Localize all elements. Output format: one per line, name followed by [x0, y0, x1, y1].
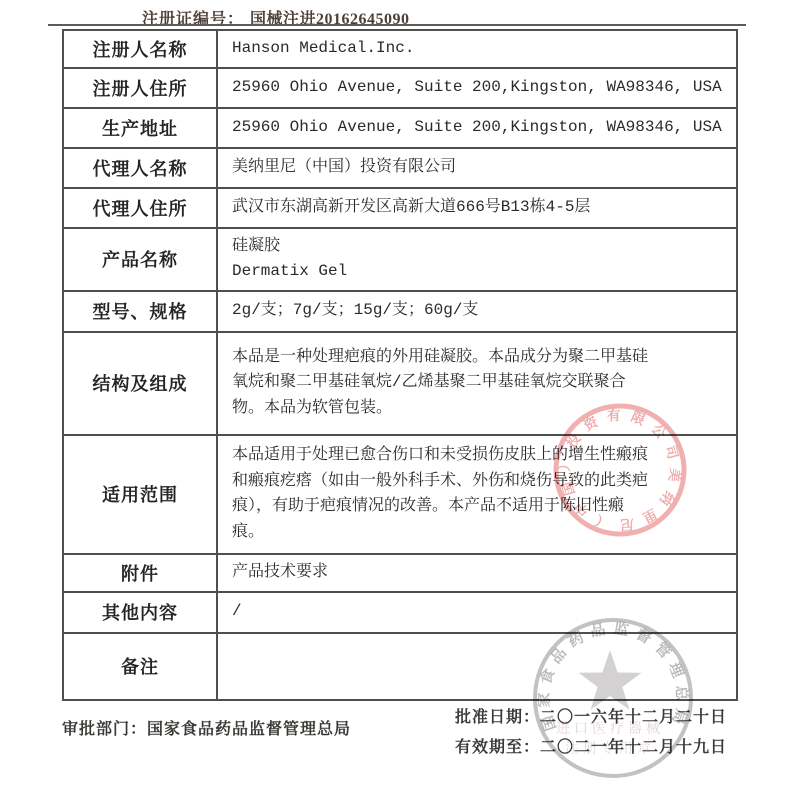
- table-row: 型号、规格 2g/支；7g/支；15g/支；60g/支: [63, 291, 737, 332]
- row-value: 本品是一种处理疤痕的外用硅凝胶。本品成分为聚二甲基硅 氧烷和聚二甲基硅氧烷/乙烯…: [217, 332, 737, 435]
- valid-until-value: 二〇二一年十二月十九日: [540, 739, 727, 756]
- row-value: 美纳里尼（中国）投资有限公司: [217, 148, 737, 188]
- row-label: 代理人名称: [63, 148, 217, 188]
- row-value: 本品适用于处理已愈合伤口和未受损伤皮肤上的增生性瘢痕 和瘢痕疙瘩（如由一般外科手…: [217, 435, 737, 554]
- row-value: /: [217, 592, 737, 633]
- approve-date: 批准日期：二〇一六年十二月二十日: [455, 703, 727, 733]
- row-label: 适用范围: [63, 435, 217, 554]
- row-value: 硅凝胶 Dermatix Gel: [217, 228, 737, 291]
- table-row: 生产地址 25960 Ohio Avenue, Suite 200,Kingst…: [63, 108, 737, 148]
- row-label: 型号、规格: [63, 291, 217, 332]
- row-value: 产品技术要求: [217, 554, 737, 592]
- table-row: 结构及组成 本品是一种处理疤痕的外用硅凝胶。本品成分为聚二甲基硅 氧烷和聚二甲基…: [63, 332, 737, 435]
- row-label: 产品名称: [63, 228, 217, 291]
- table-row: 附件 产品技术要求: [63, 554, 737, 592]
- row-value: 25960 Ohio Avenue, Suite 200,Kingston, W…: [217, 108, 737, 148]
- approval-department-value: 国家食品药品监督管理总局: [147, 721, 351, 738]
- table-row: 备注: [63, 633, 737, 700]
- row-label: 结构及组成: [63, 332, 217, 435]
- table-row: 注册人住所 25960 Ohio Avenue, Suite 200,Kings…: [63, 68, 737, 108]
- table-row: 其他内容 /: [63, 592, 737, 633]
- row-label: 注册人名称: [63, 30, 217, 68]
- approval-department: 审批部门：国家食品药品监督管理总局: [62, 716, 351, 739]
- header-underline: [48, 24, 746, 26]
- approve-date-label: 批准日期：: [455, 709, 540, 726]
- row-value: [217, 633, 737, 700]
- valid-until-date: 有效期至：二〇二一年十二月十九日: [455, 733, 727, 763]
- valid-until-label: 有效期至：: [455, 739, 540, 756]
- row-label: 注册人住所: [63, 68, 217, 108]
- row-label: 其他内容: [63, 592, 217, 633]
- registration-table: 注册人名称 Hanson Medical.Inc. 注册人住所 25960 Oh…: [62, 29, 738, 701]
- certificate-dates: 批准日期：二〇一六年十二月二十日 有效期至：二〇二一年十二月十九日: [455, 703, 727, 763]
- row-label: 附件: [63, 554, 217, 592]
- row-label: 生产地址: [63, 108, 217, 148]
- approval-department-label: 审批部门：: [62, 721, 147, 738]
- row-value: 25960 Ohio Avenue, Suite 200,Kingston, W…: [217, 68, 737, 108]
- row-value: 武汉市东湖高新开发区高新大道666号B13栋4-5层: [217, 188, 737, 228]
- row-label: 代理人住所: [63, 188, 217, 228]
- certificate-page: 注册证编号：国械注进20162645090 注册人名称 Hanson Medic…: [0, 0, 800, 800]
- row-value: 2g/支；7g/支；15g/支；60g/支: [217, 291, 737, 332]
- row-value: Hanson Medical.Inc.: [217, 30, 737, 68]
- table-row: 代理人名称 美纳里尼（中国）投资有限公司: [63, 148, 737, 188]
- table-row: 代理人住所 武汉市东湖高新开发区高新大道666号B13栋4-5层: [63, 188, 737, 228]
- table-row: 产品名称 硅凝胶 Dermatix Gel: [63, 228, 737, 291]
- table-row: 注册人名称 Hanson Medical.Inc.: [63, 30, 737, 68]
- row-label: 备注: [63, 633, 217, 700]
- approve-date-value: 二〇一六年十二月二十日: [540, 709, 727, 726]
- table-row: 适用范围 本品适用于处理已愈合伤口和未受损伤皮肤上的增生性瘢痕 和瘢痕疙瘩（如由…: [63, 435, 737, 554]
